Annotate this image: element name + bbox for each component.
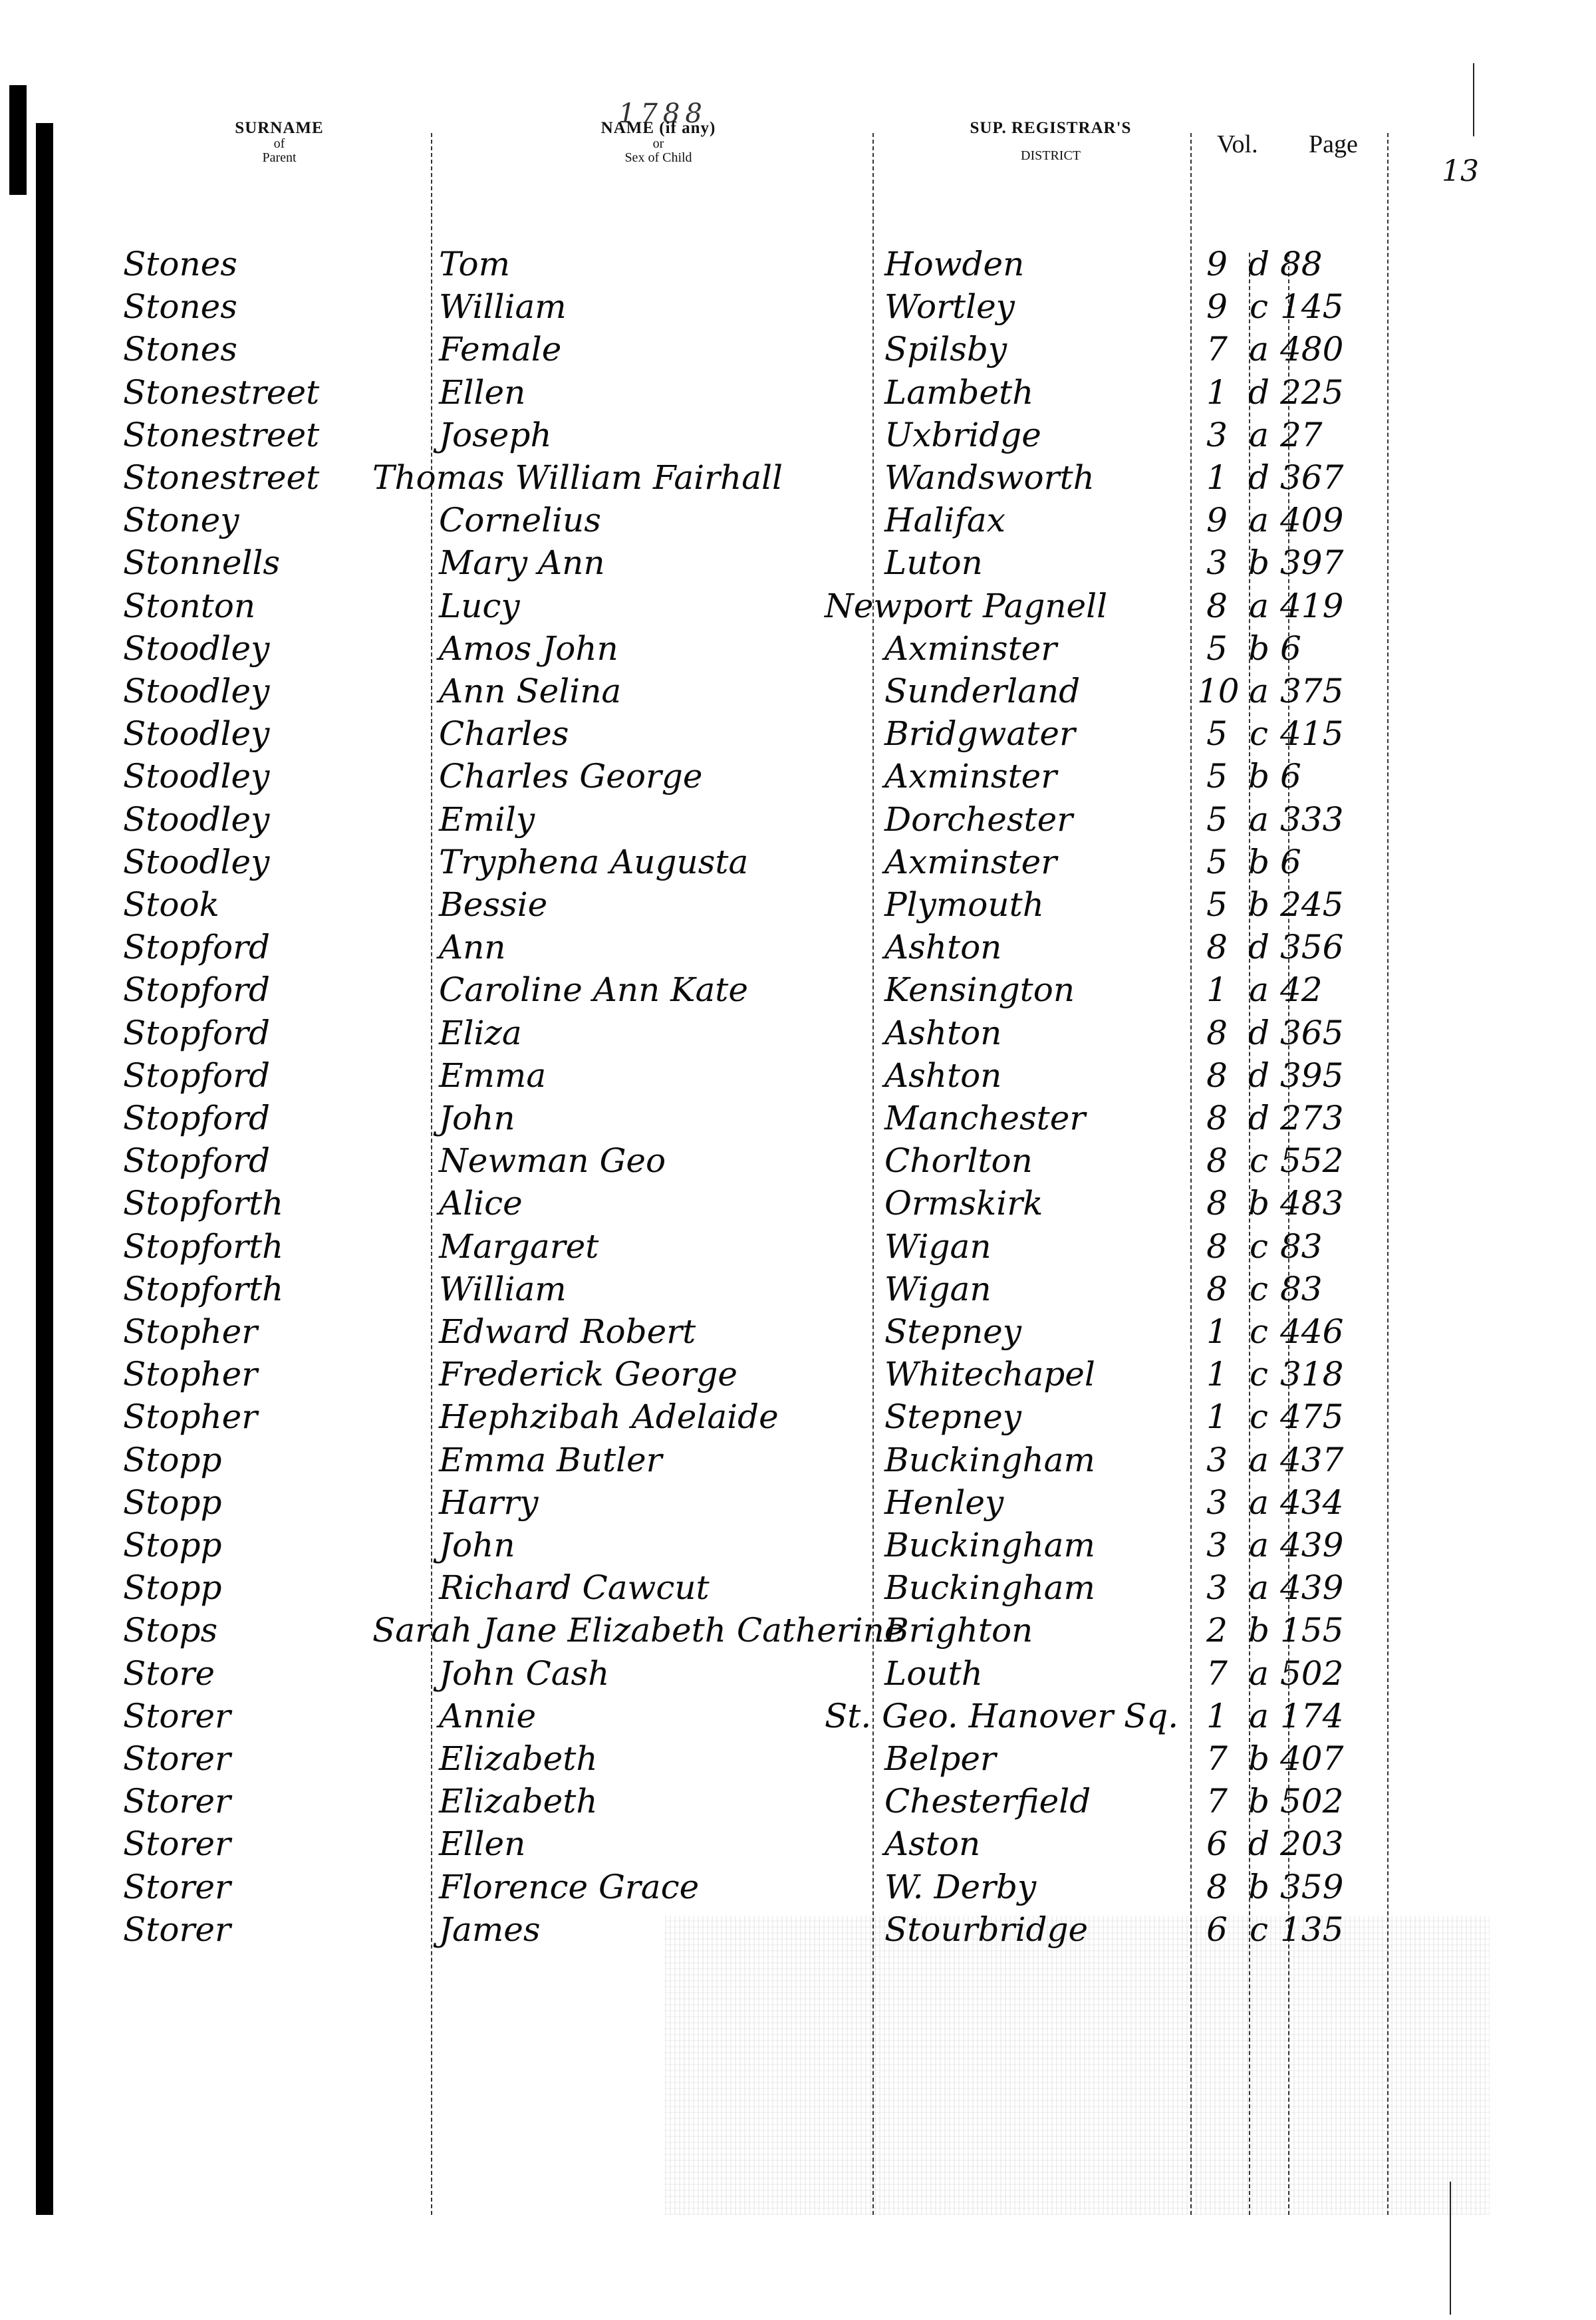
volume-cell: 6 — [1197, 1822, 1237, 1865]
volume-letter-cell: c — [1242, 1353, 1275, 1395]
district-cell: Ashton — [884, 1012, 1001, 1054]
surname-cell: Stopher — [123, 1310, 257, 1353]
surname-cell: Stonestreet — [123, 414, 319, 456]
register-row: Stopher Edward Robert Stepney 1 c 446 — [0, 1310, 1596, 1353]
district-cell: Ashton — [884, 926, 1001, 968]
volume-letter-cell: c — [1242, 712, 1275, 755]
surname-cell: Stopforth — [123, 1182, 283, 1225]
volume-cell: 9 — [1197, 243, 1237, 285]
district-cell: Plymouth — [884, 883, 1044, 926]
volume-letter-cell: c — [1242, 1268, 1275, 1310]
district-cell: Wigan — [884, 1268, 992, 1310]
register-row: Storer Elizabeth Chesterfield 7 b 502 — [0, 1780, 1596, 1822]
volume-cell: 8 — [1197, 1182, 1237, 1225]
page-cell: 42 — [1280, 968, 1323, 1011]
page-cell: 27 — [1280, 414, 1323, 456]
volume-letter-cell: d — [1242, 1822, 1275, 1865]
child-name-cell: Emma Butler — [439, 1439, 662, 1481]
volume-cell: 5 — [1197, 841, 1237, 883]
page-cell: 407 — [1280, 1737, 1343, 1780]
page-cell: 155 — [1280, 1609, 1343, 1652]
child-name-cell: Amos John — [439, 627, 618, 670]
volume-cell: 5 — [1197, 798, 1237, 841]
surname-cell: Store — [123, 1652, 215, 1695]
volume-cell: 5 — [1197, 712, 1237, 755]
scan-edge-bar — [9, 85, 27, 195]
volume-letter-cell: d — [1242, 1097, 1275, 1139]
register-row: Stopford Eliza Ashton 8 d 365 — [0, 1012, 1596, 1054]
surname-cell: Stopp — [123, 1439, 221, 1481]
page-cell: 6 — [1280, 627, 1301, 670]
volume-letter-cell: b — [1242, 1780, 1275, 1822]
register-row: Storer Ellen Aston 6 d 203 — [0, 1822, 1596, 1865]
child-name-cell: Bessie — [439, 883, 547, 926]
header-page: Page — [1309, 130, 1358, 159]
page-cell: 6 — [1280, 841, 1301, 883]
district-cell: W. Derby — [884, 1866, 1036, 1908]
page-cell: 318 — [1280, 1353, 1343, 1395]
volume-cell: 8 — [1197, 1225, 1237, 1268]
child-name-cell: Ellen — [439, 1822, 525, 1865]
header-district: SUP. REGISTRAR'S DISTRICT — [944, 120, 1157, 163]
volume-letter-cell: d — [1242, 1012, 1275, 1054]
child-name-cell: Thomas William Fairhall — [372, 456, 783, 499]
child-name-cell: Elizabeth — [439, 1737, 598, 1780]
register-row: Stonestreet Joseph Uxbridge 3 a 27 — [0, 414, 1596, 456]
surname-cell: Stopforth — [123, 1225, 283, 1268]
district-cell: Axminster — [884, 841, 1057, 883]
surname-cell: Stonton — [123, 585, 255, 627]
page-cell: 437 — [1280, 1439, 1343, 1481]
volume-letter-cell: a — [1242, 798, 1275, 841]
register-row: Stopford Emma Ashton 8 d 395 — [0, 1054, 1596, 1097]
surname-cell: Stopford — [123, 1097, 270, 1139]
header-surname: SURNAME of Parent — [199, 120, 359, 165]
register-row: Stoodley Amos John Axminster 5 b 6 — [0, 627, 1596, 670]
volume-letter-cell: d — [1242, 926, 1275, 968]
volume-cell: 1 — [1197, 456, 1237, 499]
register-row: Stonestreet Ellen Lambeth 1 d 225 — [0, 371, 1596, 414]
district-cell: Wortley — [884, 285, 1015, 328]
surname-cell: Stoodley — [123, 712, 269, 755]
child-name-cell: Charles George — [439, 755, 702, 797]
surname-cell: Stoodley — [123, 670, 269, 712]
child-name-cell: Newman Geo — [439, 1139, 666, 1182]
volume-cell: 3 — [1197, 1439, 1237, 1481]
volume-cell: 7 — [1197, 1780, 1237, 1822]
volume-letter-cell: c — [1242, 285, 1275, 328]
page-cell: 88 — [1280, 243, 1323, 285]
volume-cell: 3 — [1197, 1481, 1237, 1524]
surname-cell: Stonestreet — [123, 371, 319, 414]
child-name-cell: Emma — [439, 1054, 546, 1097]
district-cell: Ashton — [884, 1054, 1001, 1097]
header-vol: Vol. — [1217, 130, 1258, 159]
page-cell: 375 — [1280, 670, 1343, 712]
volume-cell: 1 — [1197, 371, 1237, 414]
volume-cell: 7 — [1197, 1652, 1237, 1695]
page-cell: 245 — [1280, 883, 1343, 926]
page-cell: 135 — [1280, 1908, 1343, 1951]
page-cell: 439 — [1280, 1524, 1343, 1566]
register-row: Stonestreet Thomas William Fairhall Wand… — [0, 456, 1596, 499]
register-row: Storer Annie St. Geo. Hanover Sq. 1 a 17… — [0, 1695, 1596, 1737]
surname-cell: Stones — [123, 285, 237, 328]
register-row: Stopford Newman Geo Chorlton 8 c 552 — [0, 1139, 1596, 1182]
district-cell: Wandsworth — [884, 456, 1095, 499]
surname-cell: Stopford — [123, 926, 270, 968]
surname-cell: Stopforth — [123, 1268, 283, 1310]
volume-letter-cell: b — [1242, 1866, 1275, 1908]
district-cell: Chorlton — [884, 1139, 1033, 1182]
volume-cell: 3 — [1197, 1566, 1237, 1609]
volume-cell: 9 — [1197, 499, 1237, 541]
volume-cell: 8 — [1197, 926, 1237, 968]
register-row: Stopforth William Wigan 8 c 83 — [0, 1268, 1596, 1310]
register-row: Stoodley Charles Bridgwater 5 c 415 — [0, 712, 1596, 755]
register-row: Stoodley Charles George Axminster 5 b 6 — [0, 755, 1596, 797]
surname-cell: Storer — [123, 1737, 231, 1780]
surname-cell: Stopher — [123, 1395, 257, 1438]
surname-cell: Stopher — [123, 1353, 257, 1395]
volume-letter-cell: d — [1242, 456, 1275, 499]
district-cell: Sunderland — [884, 670, 1080, 712]
register-row: Storer Florence Grace W. Derby 8 b 359 — [0, 1866, 1596, 1908]
child-name-cell: Female — [439, 328, 561, 370]
page-cell: 397 — [1280, 541, 1343, 584]
district-cell: Stepney — [884, 1395, 1021, 1438]
register-row: Stones Tom Howden 9 d 88 — [0, 243, 1596, 285]
child-name-cell: Annie — [439, 1695, 536, 1737]
volume-cell: 10 — [1197, 670, 1237, 712]
volume-cell: 5 — [1197, 627, 1237, 670]
page-cell: 273 — [1280, 1097, 1343, 1139]
page-cell: 434 — [1280, 1481, 1343, 1524]
surname-cell: Stopford — [123, 1054, 270, 1097]
page-cell: 203 — [1280, 1822, 1343, 1865]
district-cell: Buckingham — [884, 1524, 1095, 1566]
volume-letter-cell: a — [1242, 968, 1275, 1011]
register-row: Stonton Lucy Newport Pagnell 8 a 419 — [0, 585, 1596, 627]
volume-cell: 8 — [1197, 1054, 1237, 1097]
volume-letter-cell: b — [1242, 755, 1275, 797]
district-cell: Buckingham — [884, 1566, 1095, 1609]
page-cell: 415 — [1280, 712, 1343, 755]
volume-cell: 8 — [1197, 1268, 1237, 1310]
volume-cell: 1 — [1197, 1695, 1237, 1737]
surname-cell: Storer — [123, 1822, 231, 1865]
volume-letter-cell: c — [1242, 1225, 1275, 1268]
surname-cell: Storer — [123, 1866, 231, 1908]
volume-cell: 1 — [1197, 1395, 1237, 1438]
register-row: Stones William Wortley 9 c 145 — [0, 285, 1596, 328]
volume-letter-cell: b — [1242, 1609, 1275, 1652]
volume-letter-cell: a — [1242, 1481, 1275, 1524]
volume-letter-cell: b — [1242, 841, 1275, 883]
child-name-cell: Mary Ann — [439, 541, 605, 584]
district-cell: Lambeth — [884, 371, 1033, 414]
page-cell: 475 — [1280, 1395, 1343, 1438]
register-row: Stopford Ann Ashton 8 d 356 — [0, 926, 1596, 968]
district-cell: Spilsby — [884, 328, 1007, 370]
volume-letter-cell: b — [1242, 541, 1275, 584]
district-cell: Luton — [884, 541, 983, 584]
page-cell: 419 — [1280, 585, 1343, 627]
register-row: Storer James Stourbridge 6 c 135 — [0, 1908, 1596, 1951]
surname-cell: Stopford — [123, 1139, 270, 1182]
register-row: Stoodley Tryphena Augusta Axminster 5 b … — [0, 841, 1596, 883]
district-cell: Halifax — [884, 499, 1005, 541]
surname-cell: Stonnells — [123, 541, 280, 584]
district-cell: Stepney — [884, 1310, 1021, 1353]
page-cell: 552 — [1280, 1139, 1343, 1182]
page-cell: 367 — [1280, 456, 1343, 499]
child-name-cell: Charles — [439, 712, 569, 755]
child-name-cell: Emily — [439, 798, 535, 841]
volume-cell: 3 — [1197, 541, 1237, 584]
register-row: Stopp John Buckingham 3 a 439 — [0, 1524, 1596, 1566]
volume-letter-cell: d — [1242, 1054, 1275, 1097]
child-name-cell: Ann Selina — [439, 670, 621, 712]
surname-cell: Stopford — [123, 1012, 270, 1054]
volume-cell: 8 — [1197, 585, 1237, 627]
surname-cell: Stops — [123, 1609, 217, 1652]
register-row: Stopp Emma Butler Buckingham 3 a 437 — [0, 1439, 1596, 1481]
volume-cell: 5 — [1197, 883, 1237, 926]
register-row: Store John Cash Louth 7 a 502 — [0, 1652, 1596, 1695]
register-row: Stops Sarah Jane Elizabeth Catherine Bri… — [0, 1609, 1596, 1652]
child-name-cell: Ann — [439, 926, 506, 968]
surname-cell: Stonestreet — [123, 456, 319, 499]
page-cell: 225 — [1280, 371, 1343, 414]
register-row: Stopford Caroline Ann Kate Kensington 1 … — [0, 968, 1596, 1011]
volume-letter-cell: b — [1242, 627, 1275, 670]
register-row: Stoney Cornelius Halifax 9 a 409 — [0, 499, 1596, 541]
page-cell: 446 — [1280, 1310, 1343, 1353]
volume-cell: 5 — [1197, 755, 1237, 797]
child-name-cell: John — [439, 1524, 515, 1566]
page-cell: 174 — [1280, 1695, 1343, 1737]
register-row: Stonnells Mary Ann Luton 3 b 397 — [0, 541, 1596, 584]
volume-letter-cell: a — [1242, 414, 1275, 456]
surname-cell: Stoodley — [123, 627, 269, 670]
surname-cell: Stones — [123, 243, 237, 285]
page-cell: 439 — [1280, 1566, 1343, 1609]
register-row: Stoodley Emily Dorchester 5 a 333 — [0, 798, 1596, 841]
district-cell: Newport Pagnell — [825, 585, 1107, 627]
volume-cell: 7 — [1197, 1737, 1237, 1780]
surname-cell: Storer — [123, 1695, 231, 1737]
district-cell: Brighton — [884, 1609, 1033, 1652]
volume-letter-cell: b — [1242, 1182, 1275, 1225]
register-page: 1788 SURNAME of Parent NAME (if any) or … — [0, 0, 1596, 2320]
child-name-cell: Tom — [439, 243, 510, 285]
surname-cell: Stoodley — [123, 755, 269, 797]
page-cell: 333 — [1280, 798, 1343, 841]
register-row: Stopher Frederick George Whitechapel 1 c… — [0, 1353, 1596, 1395]
volume-cell: 8 — [1197, 1097, 1237, 1139]
folio-number: 13 — [1442, 154, 1479, 188]
district-cell: Axminster — [884, 627, 1057, 670]
volume-cell: 6 — [1197, 1908, 1237, 1951]
district-cell: Kensington — [884, 968, 1075, 1011]
page-edge-line — [1473, 63, 1474, 136]
page-cell: 409 — [1280, 499, 1343, 541]
district-cell: Axminster — [884, 755, 1057, 797]
surname-cell: Stopford — [123, 968, 270, 1011]
child-name-cell: Frederick George — [439, 1353, 737, 1395]
child-name-cell: Tryphena Augusta — [439, 841, 748, 883]
volume-letter-cell: a — [1242, 1524, 1275, 1566]
volume-letter-cell: a — [1242, 585, 1275, 627]
page-cell: 145 — [1280, 285, 1343, 328]
register-row: Stopford John Manchester 8 d 273 — [0, 1097, 1596, 1139]
district-cell: Bridgwater — [884, 712, 1075, 755]
district-cell: Belper — [884, 1737, 996, 1780]
child-name-cell: Ellen — [439, 371, 525, 414]
page-cell: 483 — [1280, 1182, 1343, 1225]
child-name-cell: Eliza — [439, 1012, 522, 1054]
volume-letter-cell: a — [1242, 1439, 1275, 1481]
volume-cell: 2 — [1197, 1609, 1237, 1652]
volume-letter-cell: c — [1242, 1908, 1275, 1951]
volume-letter-cell: a — [1242, 499, 1275, 541]
district-cell: Aston — [884, 1822, 980, 1865]
district-cell: Chesterfield — [884, 1780, 1091, 1822]
header-name: NAME (if any) or Sex of Child — [572, 120, 745, 165]
child-name-cell: Sarah Jane Elizabeth Catherine — [372, 1609, 904, 1652]
child-name-cell: Joseph — [439, 414, 552, 456]
volume-letter-cell: c — [1242, 1310, 1275, 1353]
surname-cell: Stopp — [123, 1566, 221, 1609]
register-row: Storer Elizabeth Belper 7 b 407 — [0, 1737, 1596, 1780]
volume-cell: 7 — [1197, 328, 1237, 370]
surname-cell: Stopp — [123, 1524, 221, 1566]
volume-cell: 8 — [1197, 1012, 1237, 1054]
register-row: Stopforth Alice Ormskirk 8 b 483 — [0, 1182, 1596, 1225]
district-cell: Howden — [884, 243, 1024, 285]
page-cell: 480 — [1280, 328, 1343, 370]
volume-letter-cell: c — [1242, 1395, 1275, 1438]
child-name-cell: Harry — [439, 1481, 538, 1524]
district-cell: St. Geo. Hanover Sq. — [825, 1695, 1178, 1737]
page-cell: 83 — [1280, 1225, 1323, 1268]
page-cell: 359 — [1280, 1866, 1343, 1908]
child-name-cell: Lucy — [439, 585, 520, 627]
district-cell: Manchester — [884, 1097, 1085, 1139]
district-cell: Wigan — [884, 1225, 992, 1268]
child-name-cell: John — [439, 1097, 515, 1139]
child-name-cell: Florence Grace — [439, 1866, 699, 1908]
district-cell: Dorchester — [884, 798, 1073, 841]
surname-cell: Stook — [123, 883, 219, 926]
volume-letter-cell: a — [1242, 328, 1275, 370]
child-name-cell: Cornelius — [439, 499, 601, 541]
volume-cell: 8 — [1197, 1139, 1237, 1182]
child-name-cell: Richard Cawcut — [439, 1566, 710, 1609]
paper-stain — [665, 1916, 1490, 2215]
child-name-cell: Edward Robert — [439, 1310, 696, 1353]
page-cell: 502 — [1280, 1652, 1343, 1695]
register-row: Stoodley Ann Selina Sunderland 10 a 375 — [0, 670, 1596, 712]
child-name-cell: Caroline Ann Kate — [439, 968, 748, 1011]
volume-cell: 3 — [1197, 414, 1237, 456]
surname-cell: Stoodley — [123, 841, 269, 883]
surname-cell: Stoney — [123, 499, 239, 541]
page-cell: 356 — [1280, 926, 1343, 968]
child-name-cell: William — [439, 285, 567, 328]
child-name-cell: Alice — [439, 1182, 523, 1225]
district-cell: Buckingham — [884, 1439, 1095, 1481]
child-name-cell: John Cash — [439, 1652, 609, 1695]
surname-cell: Stones — [123, 328, 237, 370]
district-cell: Stourbridge — [884, 1908, 1088, 1951]
surname-cell: Storer — [123, 1908, 231, 1951]
child-name-cell: James — [439, 1908, 541, 1951]
page-cell: 6 — [1280, 755, 1301, 797]
register-row: Stones Female Spilsby 7 a 480 — [0, 328, 1596, 370]
district-cell: Whitechapel — [884, 1353, 1095, 1395]
district-cell: Ormskirk — [884, 1182, 1043, 1225]
volume-letter-cell: b — [1242, 883, 1275, 926]
volume-letter-cell: a — [1242, 1566, 1275, 1609]
register-row: Stook Bessie Plymouth 5 b 245 — [0, 883, 1596, 926]
surname-cell: Stoodley — [123, 798, 269, 841]
volume-cell: 8 — [1197, 1866, 1237, 1908]
volume-cell: 1 — [1197, 1310, 1237, 1353]
volume-cell: 3 — [1197, 1524, 1237, 1566]
page-cell: 83 — [1280, 1268, 1323, 1310]
volume-cell: 1 — [1197, 968, 1237, 1011]
page-cell: 502 — [1280, 1780, 1343, 1822]
register-row: Stopher Hephzibah Adelaide Stepney 1 c 4… — [0, 1395, 1596, 1438]
district-cell: Uxbridge — [884, 414, 1041, 456]
volume-letter-cell: d — [1242, 243, 1275, 285]
page-cell: 365 — [1280, 1012, 1343, 1054]
volume-cell: 1 — [1197, 1353, 1237, 1395]
register-row: Stopp Harry Henley 3 a 434 — [0, 1481, 1596, 1524]
volume-letter-cell: a — [1242, 670, 1275, 712]
child-name-cell: Margaret — [439, 1225, 598, 1268]
page-cell: 395 — [1280, 1054, 1343, 1097]
district-cell: Henley — [884, 1481, 1003, 1524]
district-cell: Louth — [884, 1652, 983, 1695]
surname-cell: Stopp — [123, 1481, 221, 1524]
surname-cell: Storer — [123, 1780, 231, 1822]
child-name-cell: William — [439, 1268, 567, 1310]
volume-letter-cell: d — [1242, 371, 1275, 414]
volume-letter-cell: a — [1242, 1652, 1275, 1695]
volume-letter-cell: a — [1242, 1695, 1275, 1737]
volume-cell: 9 — [1197, 285, 1237, 328]
volume-letter-cell: b — [1242, 1737, 1275, 1780]
volume-letter-cell: c — [1242, 1139, 1275, 1182]
child-name-cell: Hephzibah Adelaide — [439, 1395, 779, 1438]
child-name-cell: Elizabeth — [439, 1780, 598, 1822]
register-row: Stopforth Margaret Wigan 8 c 83 — [0, 1225, 1596, 1268]
register-row: Stopp Richard Cawcut Buckingham 3 a 439 — [0, 1566, 1596, 1609]
